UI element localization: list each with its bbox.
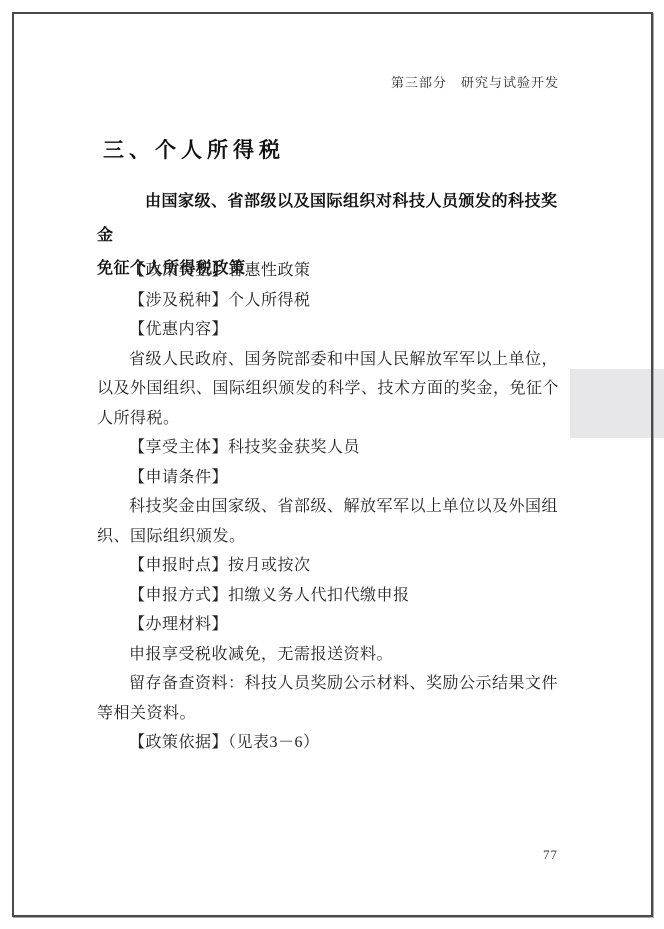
section-title: 三、个人所得税 xyxy=(103,134,285,164)
body-paragraph: 【涉及税种】个人所得税 xyxy=(97,286,569,316)
body-paragraph: 【申请条件】 xyxy=(97,463,569,493)
page-number: 77 xyxy=(543,847,558,863)
body-paragraph: 【政策依据】（见表3－6） xyxy=(97,728,569,758)
book-page: 第三部分 研究与试验开发 三、个人所得税 由国家级、省部级以及国际组织对科技人员… xyxy=(0,0,664,929)
body-paragraph: 【享受主体】科技奖金获奖人员 xyxy=(97,433,569,463)
page-content: 第三部分 研究与试验开发 三、个人所得税 由国家级、省部级以及国际组织对科技人员… xyxy=(0,0,664,929)
body-paragraph: 申报享受税收减免，无需报送资料。 xyxy=(97,640,569,670)
document-body: 【政策类型】普惠性政策 【涉及税种】个人所得税 【优惠内容】 省级人民政府、国务… xyxy=(97,256,569,758)
body-paragraph: 【政策类型】普惠性政策 xyxy=(97,256,569,286)
body-paragraph: 留存备查资料：科技人员奖励公示材料、奖励公示结果文件 等相关资料。 xyxy=(97,669,569,728)
body-paragraph: 【申报方式】扣缴义务人代扣代缴申报 xyxy=(97,581,569,611)
body-paragraph: 【办理材料】 xyxy=(97,610,569,640)
body-paragraph: 科技奖金由国家级、省部级、解放军军以上单位以及外国组 织、国际组织颁发。 xyxy=(97,492,569,551)
body-paragraph: 【优惠内容】 xyxy=(97,315,569,345)
body-paragraph: 省级人民政府、国务院部委和中国人民解放军军以上单位， 以及外国组织、国际组织颁发… xyxy=(97,345,569,434)
body-paragraph: 【申报时点】按月或按次 xyxy=(97,551,569,581)
running-header: 第三部分 研究与试验开发 xyxy=(97,72,567,91)
